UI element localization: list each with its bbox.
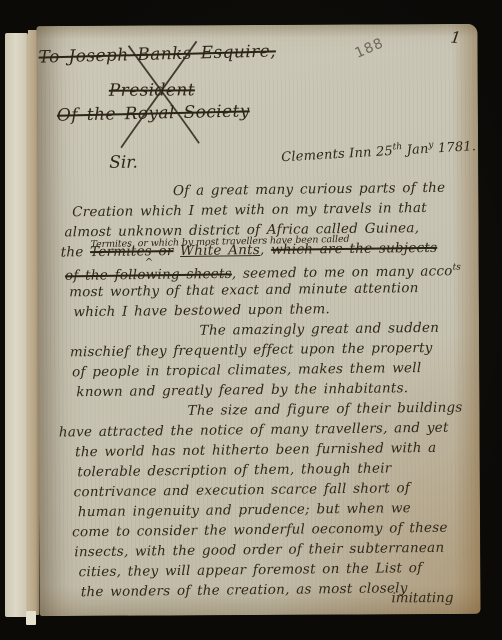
struck-text-segment: To Joseph Banks Esquire, bbox=[38, 41, 276, 67]
text-segment: which I have bestowed upon them. bbox=[73, 301, 330, 320]
archival-number: 188 bbox=[353, 35, 387, 61]
text-segment: ts bbox=[453, 263, 461, 273]
struck-text-segment: Of the Royal Society bbox=[57, 101, 250, 125]
address-block: To Joseph Banks Esquire,PresidentOf the … bbox=[36, 25, 297, 156]
text-segment: come to consider the wonderful oeconomy … bbox=[72, 520, 448, 541]
text-segment: most worthy of that exact and minute att… bbox=[69, 280, 419, 300]
catchword: imitating bbox=[391, 590, 453, 606]
text-segment: known and greatly feared by the inhabita… bbox=[76, 380, 408, 400]
text-segment: have attracted the notice of many travel… bbox=[59, 420, 449, 441]
manuscript-body: Of a great many curious parts of theCrea… bbox=[56, 177, 475, 602]
text-segment: Jan bbox=[402, 142, 429, 158]
text-segment: of people in tropical climates, makes th… bbox=[72, 360, 421, 380]
text-segment: tolerable description of them, though th… bbox=[77, 460, 391, 480]
manuscript-page: 1 188 To Joseph Banks Esquire,PresidentO… bbox=[36, 24, 480, 616]
text-segment: mischief they frequently effect upon the… bbox=[70, 340, 433, 360]
text-segment: 1781. bbox=[433, 139, 476, 156]
text-segment: The amazingly great and sudden bbox=[200, 320, 440, 339]
manuscript-photo: 1 188 To Joseph Banks Esquire,PresidentO… bbox=[0, 0, 502, 640]
text-segment: Of a great many curious parts of the bbox=[173, 180, 446, 199]
address-line: To Joseph Banks Esquire, bbox=[38, 41, 276, 67]
struck-text-segment: President bbox=[109, 80, 195, 100]
text-segment: cities, they will appear foremost on the… bbox=[78, 560, 422, 580]
text-segment: the wonders of the creation, as most clo… bbox=[81, 580, 408, 600]
text-segment: The size and figure of their buildings bbox=[188, 400, 463, 419]
text-segment: Clements Inn 25 bbox=[281, 144, 393, 165]
text-segment: insects, with the good order of their su… bbox=[74, 540, 444, 561]
salutation: Sir. bbox=[109, 153, 138, 173]
address-line: President bbox=[109, 80, 195, 100]
dateline: Clements Inn 25th Jany 1781. bbox=[281, 138, 477, 166]
text-segment: Creation which I met with on my travels … bbox=[72, 200, 427, 220]
text-segment: contrivance and execution scarce fall sh… bbox=[74, 480, 411, 500]
folio-number: 1 bbox=[449, 27, 462, 47]
text-segment: the world has not hitherto been furnishe… bbox=[75, 440, 437, 460]
page-edge-strip-light bbox=[5, 33, 28, 617]
text-segment: human ingenuity and prudence; but when w… bbox=[78, 500, 411, 520]
page-edge-tab bbox=[26, 611, 36, 625]
text-segment: the bbox=[61, 244, 91, 260]
address-line: Of the Royal Society bbox=[57, 101, 250, 125]
